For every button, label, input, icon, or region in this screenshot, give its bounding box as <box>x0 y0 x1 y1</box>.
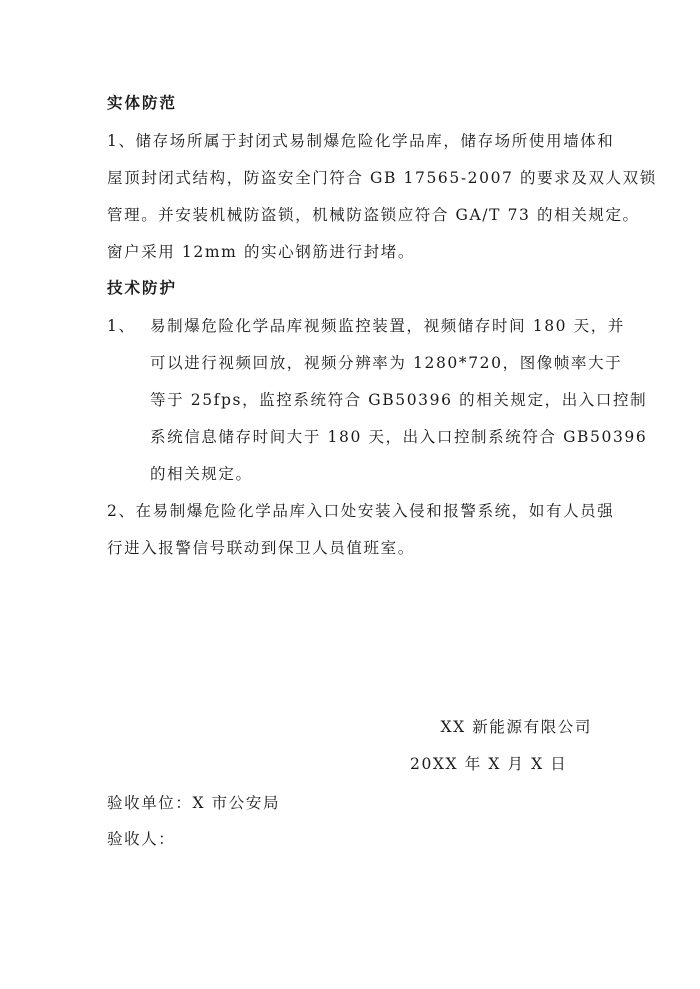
acceptor: 验收人： <box>107 829 175 849</box>
section-heading-technical-protection: 技术防护 <box>107 278 177 298</box>
acceptance-unit: 验收单位：X 市公安局 <box>107 793 280 813</box>
paragraph-line: 屋顶封闭式结构，防盗安全门符合 GB 17565-2007 的要求及双人双锁 <box>107 168 657 188</box>
paragraph-line: 系统信息储存时间大于 180 天，出入口控制系统符合 GB50396 <box>150 427 647 447</box>
paragraph-line: 窗户采用 12mm 的实心钢筋进行封堵。 <box>107 242 415 262</box>
paragraph-line: 2、在易制爆危险化学品库入口处安装入侵和报警系统，如有人员强 <box>107 501 614 521</box>
paragraph-line: 的相关规定。 <box>150 464 253 484</box>
company-name: XX 新能源有限公司 <box>441 717 593 737</box>
paragraph-line: 管理。并安装机械防盗锁，机械防盗锁应符合 GA/T 73 的相关规定。 <box>107 205 640 225</box>
paragraph-line: 可以进行视频回放，视频分辨率为 1280*720，图像帧率大于 <box>150 353 622 373</box>
paragraph-line: 易制爆危险化学品库视频监控装置，视频储存时间 180 天，并 <box>150 316 625 336</box>
section-heading-physical-protection: 实体防范 <box>107 93 177 113</box>
paragraph-line: 行进入报警信号联动到保卫人员值班室。 <box>107 538 415 558</box>
list-item-number: 1、 <box>107 316 136 336</box>
paragraph-line: 1、储存场所属于封闭式易制爆危险化学品库，储存场所使用墙体和 <box>107 131 614 151</box>
signature-date: 20XX 年 X 月 X 日 <box>410 754 567 774</box>
paragraph-line: 等于 25fps，监控系统符合 GB50396 的相关规定，出入口控制 <box>150 390 647 410</box>
